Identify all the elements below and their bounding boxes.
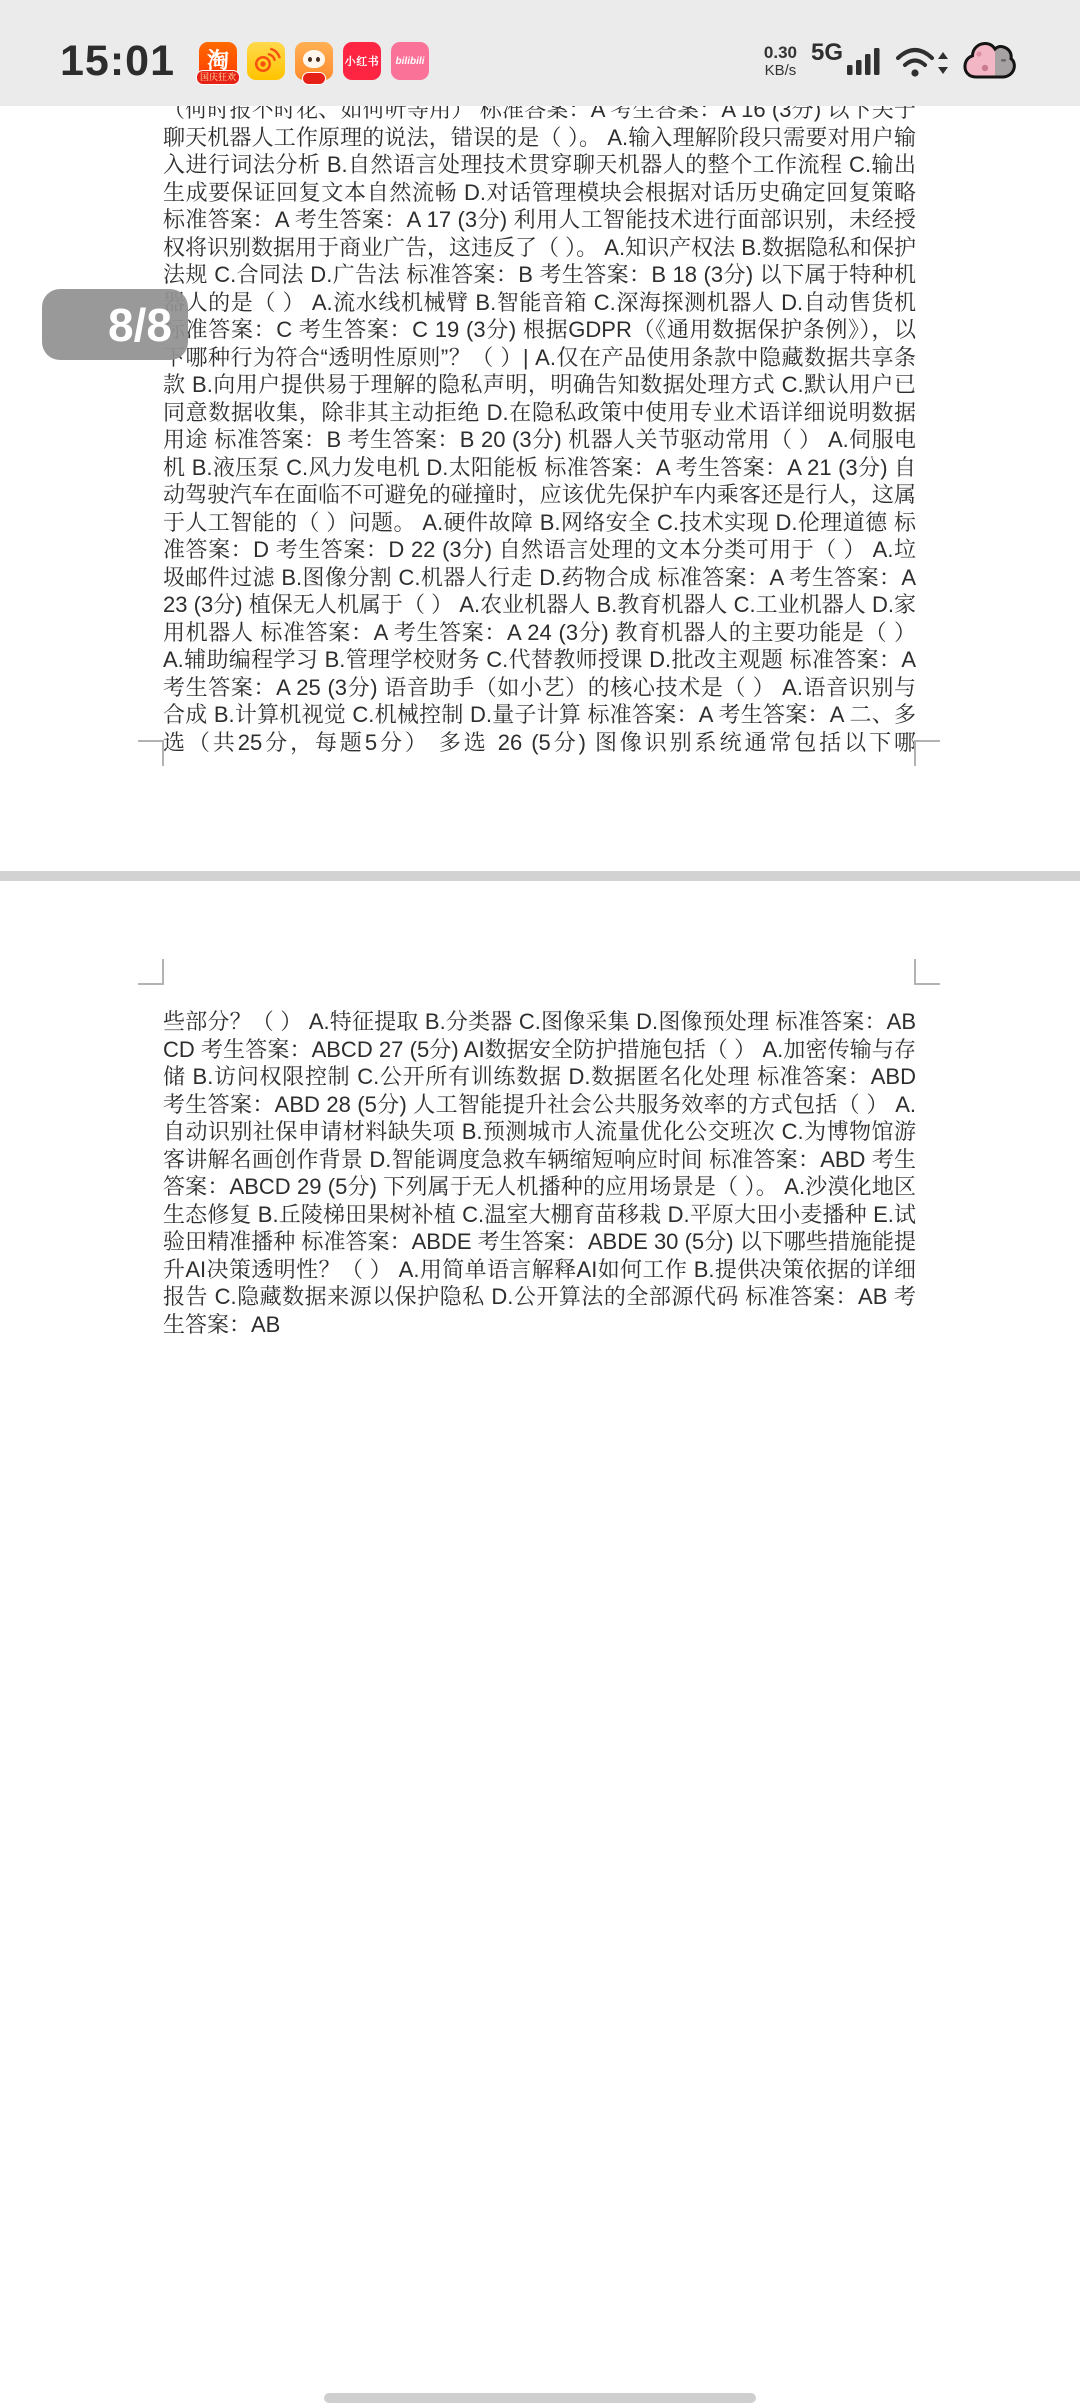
orange-app-promo-banner <box>302 72 326 85</box>
battery-cloud-icon <box>962 40 1016 82</box>
xiaohongshu-notification-icon: 小红书 <box>343 42 381 80</box>
taobao-promo-banner: 国庆狂欢 <box>196 70 240 85</box>
data-arrows-icon <box>936 48 950 78</box>
bilibili-wordmark: bilibili <box>396 56 425 67</box>
page2-top-left-margin-mark <box>138 959 164 985</box>
bilibili-notification-icon: bilibili <box>391 42 429 80</box>
wifi-status <box>894 44 950 78</box>
status-bar-left: 15:01 淘 国庆狂欢 小红书 bilibili <box>60 37 429 86</box>
home-indicator-bar[interactable] <box>324 2393 756 2403</box>
document-page-2[interactable]: 些部分？（ ） A.特征提取 B.分类器 C.图像采集 D.图像预处理 标准答案… <box>0 881 1080 2408</box>
taobao-notification-icon: 淘 国庆狂欢 <box>199 42 237 80</box>
network-type-label: 5G <box>811 39 843 67</box>
xiaohongshu-wordmark: 小红书 <box>345 53 380 69</box>
page-break-separator <box>0 871 1080 881</box>
page1-bottom-left-margin-mark <box>138 740 164 766</box>
status-bar-right: 0.30 KB/s 5G <box>764 40 1016 82</box>
weibo-eye-icon <box>251 46 281 76</box>
page-number-badge: 8/8 <box>42 289 188 360</box>
status-bar: 15:01 淘 国庆狂欢 小红书 bilibili 0.30 KB <box>0 0 1080 106</box>
mascot-face-icon <box>303 50 325 68</box>
page2-top-right-margin-mark <box>914 959 940 985</box>
network-speed-value: 0.30 <box>764 44 797 62</box>
document-page-2-text: 些部分？（ ） A.特征提取 B.分类器 C.图像采集 D.图像预处理 标准答案… <box>163 1008 916 1338</box>
wifi-icon <box>894 44 936 78</box>
page1-bottom-right-margin-mark <box>914 740 940 766</box>
weibo-notification-icon <box>247 42 285 80</box>
document-page-1[interactable]: （何时报不时花、如何听等用） 标准答案：A 考生答案：A 16 (3分) 以下关… <box>0 106 1080 871</box>
orange-app-notification-icon <box>295 42 333 80</box>
clock: 15:01 <box>60 37 175 86</box>
network-speed: 0.30 KB/s <box>764 44 797 79</box>
document-page-1-text: （何时报不时花、如何听等用） 标准答案：A 考生答案：A 16 (3分) 以下关… <box>163 96 916 756</box>
network-speed-unit: KB/s <box>764 62 797 79</box>
signal-bars-icon <box>846 45 882 77</box>
cellular-signal: 5G <box>811 45 882 77</box>
